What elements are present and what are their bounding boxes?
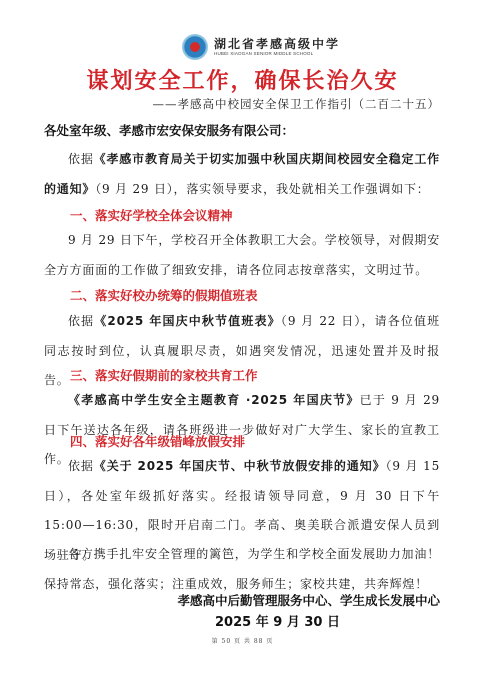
section-4-prefix: 依据 bbox=[68, 459, 94, 473]
signature: 孝感高中后勤管理服务中心、学生成长发展中心 bbox=[177, 591, 440, 609]
section-1-heading: 一、落实好学校全体会议精神 bbox=[70, 206, 233, 224]
section-2-prefix: 依据 bbox=[68, 314, 94, 328]
school-emblem-icon bbox=[182, 34, 208, 60]
document-title: 谋划安全工作，确保长治久安 bbox=[0, 64, 485, 95]
section-4-heading: 四、落实好各年级错峰放假安排 bbox=[70, 432, 245, 450]
salutation: 各处室年级、孝感市宏安保安服务有限公司： bbox=[44, 121, 294, 139]
intro-paragraph: 依据《孝感市教育局关于切实加强中秋国庆期间校园安全稳定工作的通知》（9 月 29… bbox=[44, 145, 440, 204]
document-date: 2025 年 9 月 30 日 bbox=[0, 611, 485, 630]
logo-name-en: HUBEI XIAOGAN SENIOR MIDDLE SCHOOL bbox=[214, 51, 340, 57]
section-4-doc-ref: 《关于 2025 年国庆节、中秋节放假安排的通知》 bbox=[94, 459, 386, 473]
section-2-heading: 二、落实好校办统筹的假期值班表 bbox=[70, 286, 258, 304]
document-subtitle: ——孝感高中校园安全保卫工作指引（二百二十五） bbox=[153, 96, 441, 112]
logo-text: 湖北省孝感高级中学 HUBEI XIAOGAN SENIOR MIDDLE SC… bbox=[214, 38, 340, 57]
school-logo: 湖北省孝感高级中学 HUBEI XIAOGAN SENIOR MIDDLE SC… bbox=[182, 34, 340, 60]
intro-prefix: 依据 bbox=[68, 152, 94, 166]
section-1-body: 9 月 29 日下午，学校召开全体教职工大会。学校领导，对假期安全方方面面的工作… bbox=[44, 226, 440, 285]
page-number: 第 50 页 共 88 页 bbox=[0, 636, 485, 645]
section-3-heading: 三、落实好假期前的家校共育工作 bbox=[70, 366, 258, 384]
section-2-doc-ref: 《2025 年国庆中秋节值班表》 bbox=[94, 314, 280, 328]
section-3-doc-ref: 《孝感高中学生安全主题教育 ·2025 年国庆节》 bbox=[68, 393, 360, 407]
intro-suffix: （9 月 29 日），落实领导要求，我处就相关工作强调如下： bbox=[95, 182, 429, 196]
logo-name-cn: 湖北省孝感高级中学 bbox=[214, 38, 340, 51]
